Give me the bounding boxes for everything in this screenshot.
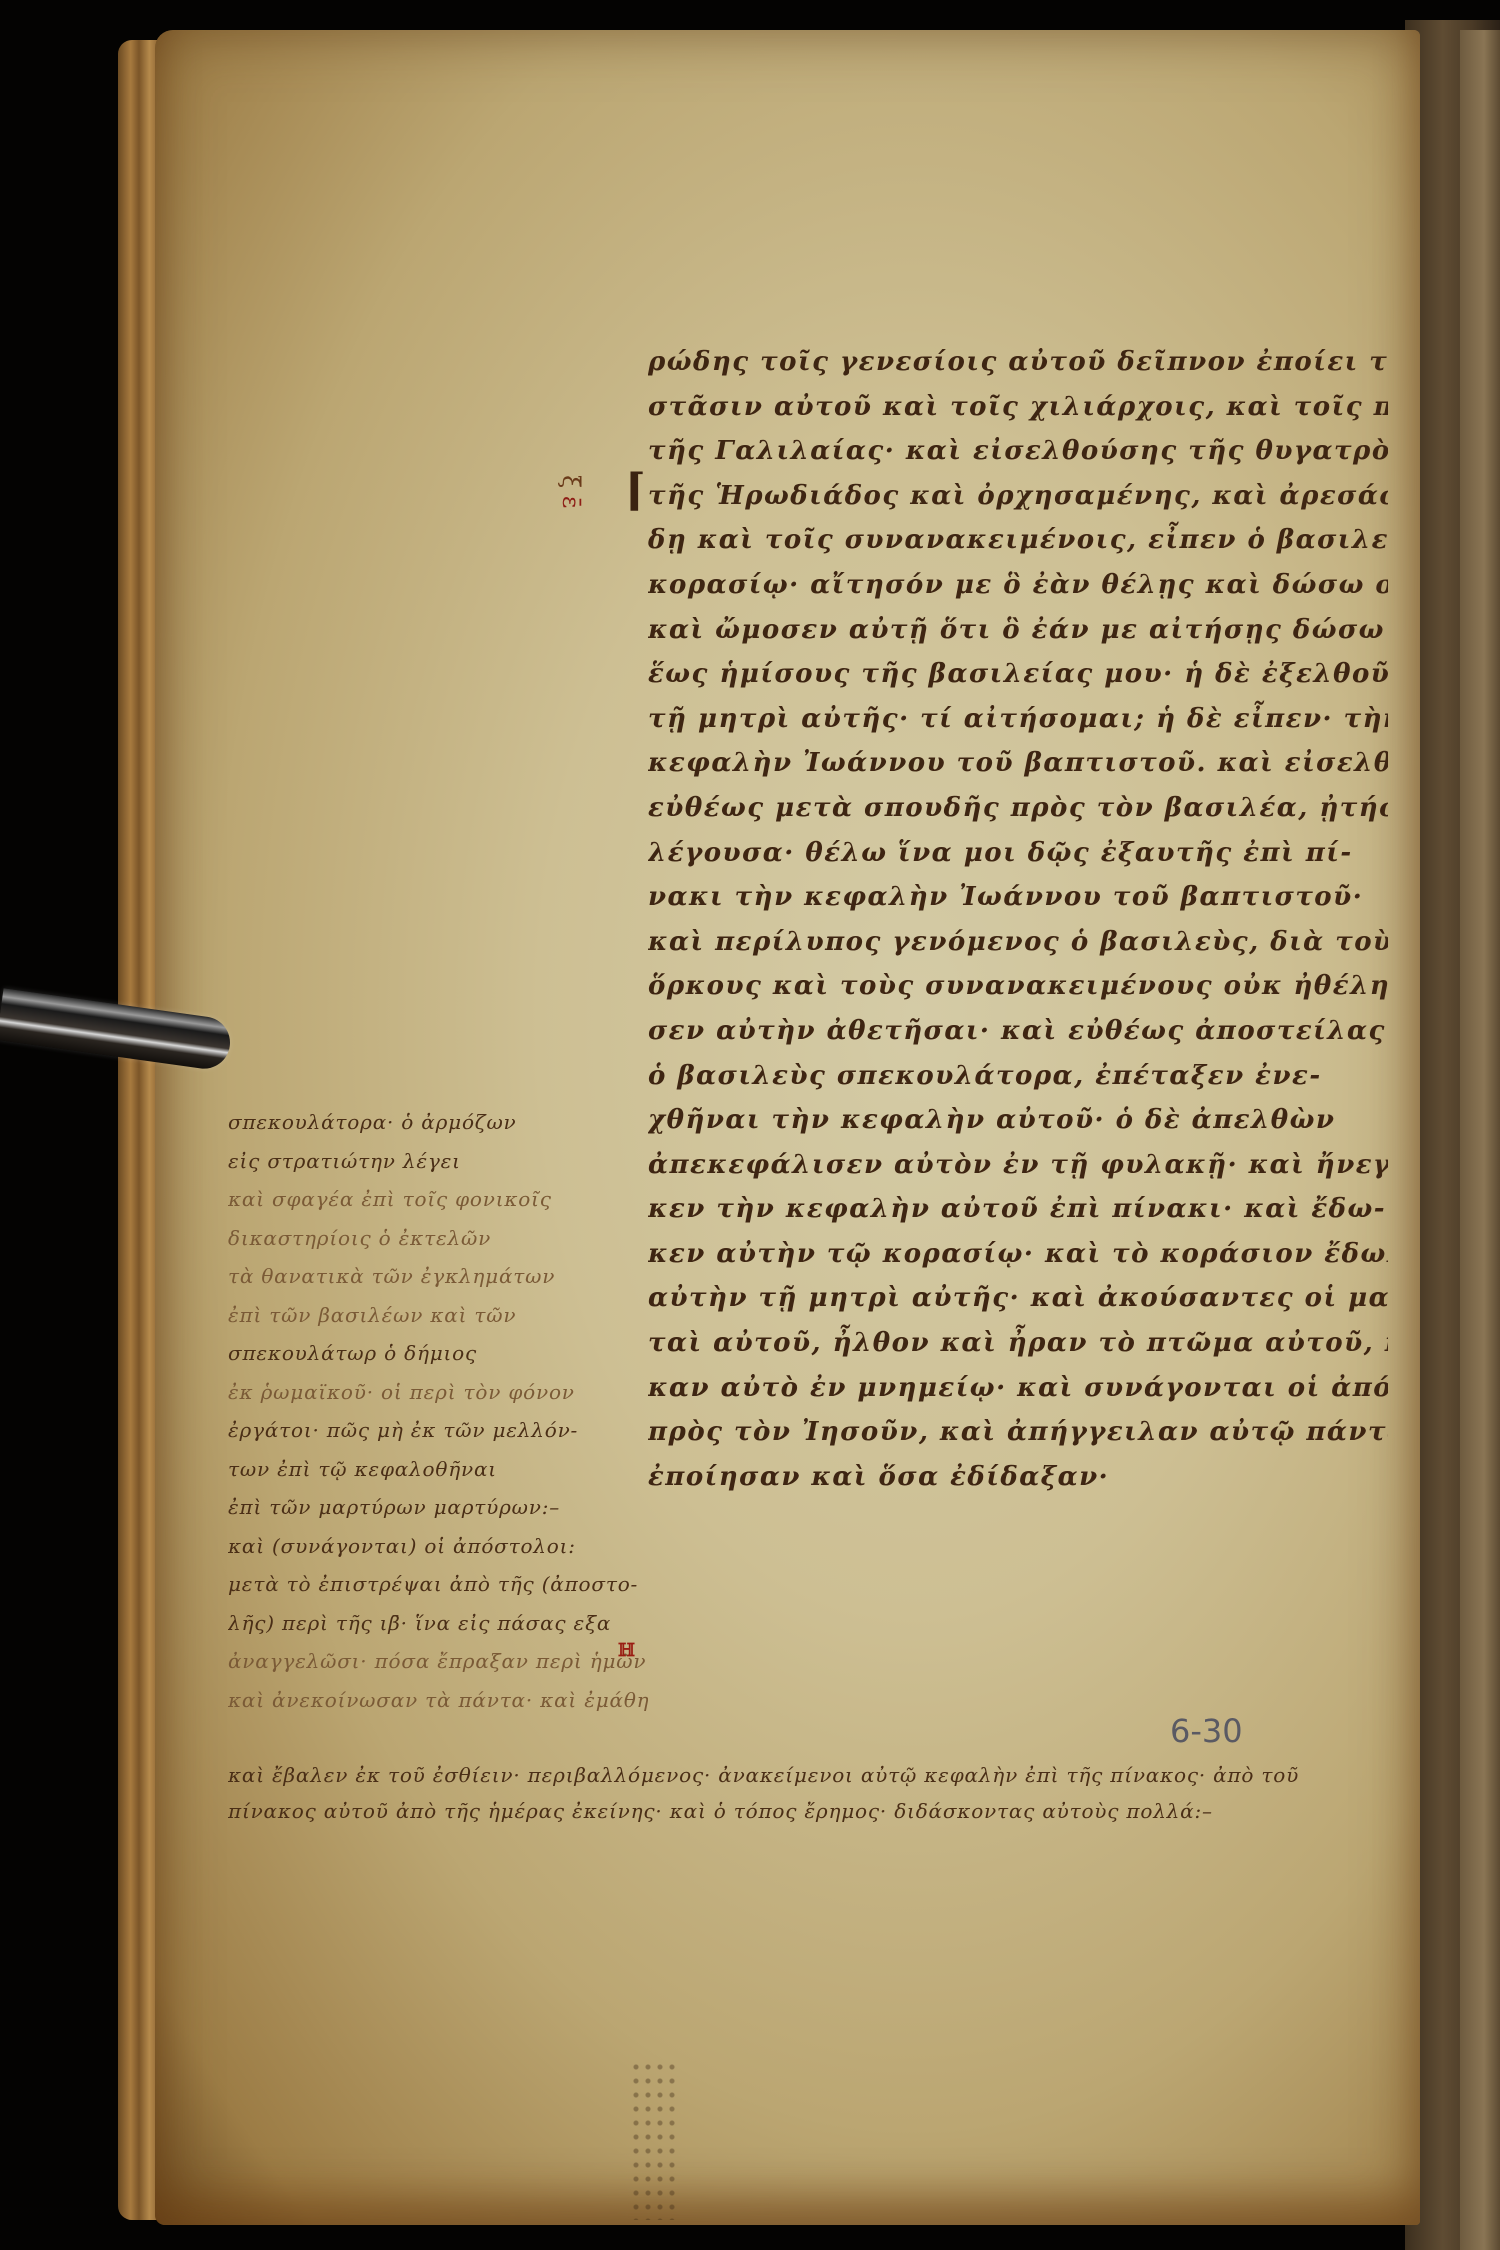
rubric-marker: ℍ xyxy=(618,1640,635,1661)
text-line: ἕως ἡμίσους τῆς βασιλείας μου· ἡ δὲ ἐξελ… xyxy=(648,652,1388,697)
scholion-line: ἐργάτοι· πῶς μὴ ἐκ τῶν μελλόν- xyxy=(228,1411,648,1450)
text-line: τῆς Γαλιλαίας· καὶ εἰσελθούσης τῆς θυγατ… xyxy=(648,429,1388,474)
text-line: ὅρκους καὶ τοὺς συνανακειμένους οὐκ ἠθέλ… xyxy=(648,964,1388,1009)
facing-page-margin xyxy=(1460,30,1500,2250)
text-line: χθῆναι τὴν κεφαλὴν αὐτοῦ· ὁ δὲ ἀπελθὼν xyxy=(648,1098,1388,1143)
text-line: αὐτὴν τῇ μητρὶ αὐτῆς· καὶ ἀκούσαντες οἱ … xyxy=(648,1276,1388,1321)
text-line: ρώδης τοῖς γενεσίοις αὐτοῦ δεῖπνον ἐποίε… xyxy=(648,340,1388,385)
scholion-line: τὰ θανατικὰ τῶν ἐγκλημάτων xyxy=(228,1257,648,1296)
text-line: κεν τὴν κεφαλὴν αὐτοῦ ἐπὶ πίνακι· καὶ ἔδ… xyxy=(648,1187,1388,1232)
text-line: πρὸς τὸν Ἰησοῦν, καὶ ἀπήγγειλαν αὐτῷ πάν… xyxy=(648,1410,1388,1455)
marginal-commentary: σπεκουλάτορα· ὁ ἀρμόζων εἰς στρατιώτην λ… xyxy=(228,1103,648,1719)
scholion-line: μετὰ τὸ ἐπιστρέψαι ἀπὸ τῆς (ἀποστο- xyxy=(228,1565,648,1604)
scholion-line: σπεκουλάτορα· ὁ ἀρμόζων xyxy=(228,1103,648,1142)
text-line: σεν αὐτὴν ἀθετῆσαι· καὶ εὐθέως ἀποστείλα… xyxy=(648,1009,1388,1054)
text-line: ταὶ αὐτοῦ, ἦλθον καὶ ἦραν τὸ πτῶμα αὐτοῦ… xyxy=(648,1321,1388,1366)
scholion-line: των ἐπὶ τῷ κεφαλοθῆναι xyxy=(228,1450,648,1489)
text-line: λέγουσα· θέλω ἵνα μοι δῷς ἐξαυτῆς ἐπὶ πί… xyxy=(648,831,1388,876)
text-line: κεφαλὴν Ἰωάννου τοῦ βαπτιστοῦ. καὶ εἰσελ… xyxy=(648,741,1388,786)
scholion-line: ἀναγγελῶσι· πόσα ἔπραξαν περὶ ἡμῶν xyxy=(228,1642,648,1681)
scholion-line: ἐπὶ τῶν μαρτύρων μαρτύρων:– xyxy=(228,1488,648,1527)
scholion-line: σπεκουλάτωρ ὁ δήμιος xyxy=(228,1334,648,1373)
text-line: τῇ μητρὶ αὐτῆς· τί αἰτήσομαι; ἡ δὲ εἶπεν… xyxy=(648,697,1388,742)
section-number: ξ̄ xyxy=(557,475,585,488)
text-line: ὁ βασιλεὺς σπεκουλάτορα, ἐπέταξεν ἐνε- xyxy=(648,1054,1388,1099)
text-line: νακι τὴν κεφαλὴν Ἰωάννου τοῦ βαπτιστοῦ· xyxy=(648,875,1388,920)
scholion-line: εἰς στρατιώτην λέγει xyxy=(228,1142,648,1181)
scholion-line: λῆς) περὶ τῆς ιβ̄· ἵνα εἰς πάσας εξα xyxy=(228,1604,648,1643)
section-number-rubric: ε̄ xyxy=(557,496,585,508)
scholion-line: δικαστηρίοις ὁ ἐκτελῶν xyxy=(228,1219,648,1258)
note-line: καὶ ἔβαλεν ἐκ τοῦ ἐσθίειν· περιβαλλόμενο… xyxy=(228,1757,1408,1793)
paragraph-mark: ⌈ xyxy=(625,465,646,516)
scholion-line: καὶ ἀνεκοίνωσαν τὰ πάντα· καὶ ἐμάθη xyxy=(228,1681,648,1720)
foxing-stain xyxy=(630,2060,680,2220)
scholion-line: καὶ σφαγέα ἐπὶ τοῖς φονικοῖς xyxy=(228,1180,648,1219)
text-line: κεν αὐτὴν τῷ κορασίῳ· καὶ τὸ κοράσιον ἔδ… xyxy=(648,1232,1388,1277)
scholion-line: καὶ (συνάγονται) οἱ ἀπόστολοι: xyxy=(228,1527,648,1566)
text-line: ἀπεκεφάλισεν αὐτὸν ἐν τῇ φυλακῇ· καὶ ἤνε… xyxy=(648,1143,1388,1188)
text-line: εὐθέως μετὰ σπουδῆς πρὸς τὸν βασιλέα, ᾐτ… xyxy=(648,786,1388,831)
text-line: στᾶσιν αὐτοῦ καὶ τοῖς χιλιάρχοις, καὶ το… xyxy=(648,385,1388,430)
text-line: δῃ καὶ τοῖς συνανακειμένοις, εἶπεν ὁ βασ… xyxy=(648,518,1388,563)
lower-margin-note: καὶ ἔβαλεν ἐκ τοῦ ἐσθίειν· περιβαλλόμενο… xyxy=(228,1757,1408,1829)
main-text-column: ρώδης τοῖς γενεσίοις αὐτοῦ δεῖπνον ἐποίε… xyxy=(648,340,1388,1499)
pencil-folio-number: 6-30 xyxy=(1170,1712,1243,1750)
note-line: πίνακος αὐτοῦ ἀπὸ τῆς ἡμέρας ἐκείνης· κα… xyxy=(228,1793,1408,1829)
text-line: καὶ ὤμοσεν αὐτῇ ὅτι ὃ ἐάν με αἰτήσῃς δώσ… xyxy=(648,608,1388,653)
scholion-line: ἐπὶ τῶν βασιλέων καὶ τῶν xyxy=(228,1296,648,1335)
text-line: κορασίῳ· αἴτησόν με ὃ ἐὰν θέλῃς καὶ δώσω… xyxy=(648,563,1388,608)
text-line: καὶ περίλυπος γενόμενος ὁ βασιλεὺς, διὰ … xyxy=(648,920,1388,965)
scholion-line: ἐκ ῥωμαϊκοῦ· οἱ περὶ τὸν φόνον xyxy=(228,1373,648,1412)
text-line: καν αὐτὸ ἐν μνημείῳ· καὶ συνάγονται οἱ ἀ… xyxy=(648,1366,1388,1411)
text-line: τῆς Ἡρωδιάδος καὶ ὀρχησαμένης, καὶ ἀρεσά… xyxy=(648,474,1388,519)
ammonian-section-number: ξ̄ ε̄ xyxy=(555,475,585,508)
text-line: ἐποίησαν καὶ ὅσα ἐδίδαξαν· xyxy=(648,1455,1388,1500)
